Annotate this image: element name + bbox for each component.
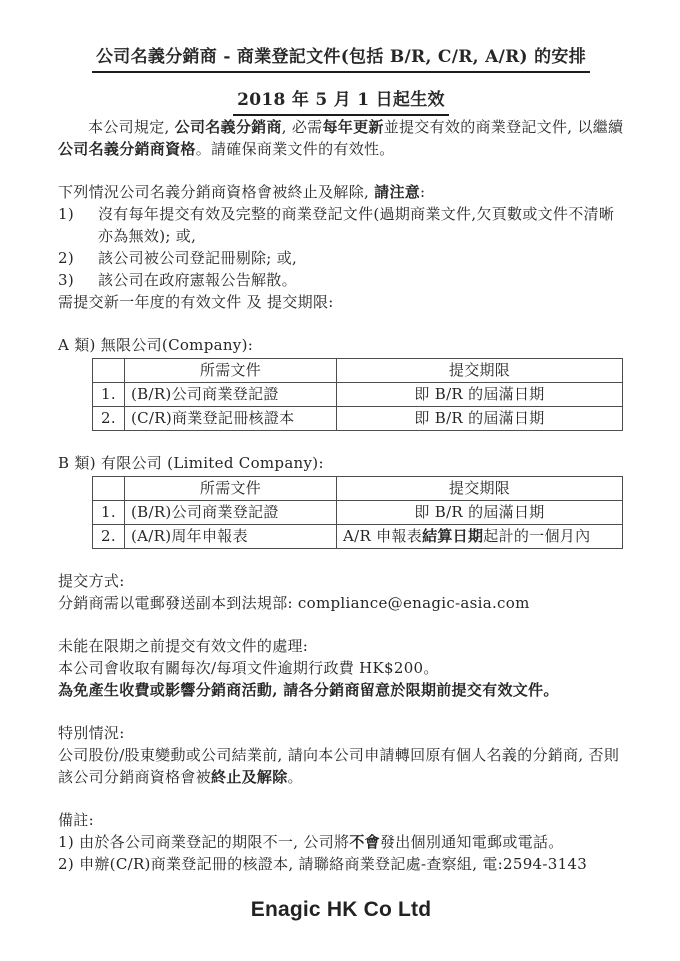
page-title-text: 公司名義分銷商 - 商業登記文件(包括 B/R, C/R, A/R) 的安排	[92, 46, 590, 73]
remark-2: 2) 申辦(C/R)商業登記冊的核證本, 請聯絡商業登記處-查察組, 電:259…	[58, 853, 624, 875]
item-text: 沒有每年提交有效及完整的商業登記文件(過期商業文件,欠頁數或文件不清晰亦為無效)…	[98, 203, 624, 247]
item-number: 2)	[58, 247, 98, 269]
header-empty	[93, 359, 125, 383]
termination-list: 1) 沒有每年提交有效及完整的商業登記文件(過期商業文件,欠頁數或文件不清晰亦為…	[58, 203, 624, 291]
remarks-section: 備註: 1) 由於各公司商業登記的期限不一, 公司將不會發出個別通知電郵或電話。…	[58, 809, 624, 875]
deadline-value: 即 B/R 的屆滿日期	[337, 501, 623, 525]
item-text: 該公司在政府憲報公告解散。	[98, 269, 624, 291]
deadline-value: A/R 申報表結算日期起計的一個月內	[337, 525, 623, 549]
special-cases-body: 公司股份/股東變動或公司結業前, 請向本公司申請轉回原有個人名義的分銷商, 否則…	[58, 744, 624, 788]
company-name-footer: Enagic HK Co Ltd	[58, 899, 624, 921]
table-b-caption: B 類) 有限公司 (Limited Company):	[58, 452, 624, 474]
table-row: 2. (A/R)周年申報表 A/R 申報表結算日期起計的一個月內	[93, 525, 623, 549]
header-deadline: 提交期限	[337, 359, 623, 383]
late-warning-line: 為免產生收費或影響分銷商活動, 請各分銷商留意於限期前提交有效文件。	[58, 679, 624, 701]
special-cases-section: 特別情況: 公司股份/股東變動或公司結業前, 請向本公司申請轉回原有個人名義的分…	[58, 722, 624, 788]
table-row: 1. (B/R)公司商業登記證 即 B/R 的屆滿日期	[93, 501, 623, 525]
termination-item-3: 3) 該公司在政府憲報公告解散。	[58, 269, 624, 291]
remark-number: 2)	[58, 855, 79, 873]
special-cases-heading: 特別情況:	[58, 722, 624, 744]
unlimited-company-table: 所需文件 提交期限 1. (B/R)公司商業登記證 即 B/R 的屆滿日期 2.…	[92, 358, 623, 431]
header-deadline: 提交期限	[337, 477, 623, 501]
remark-number: 1)	[58, 833, 79, 851]
late-submission-section: 未能在限期之前提交有效文件的處理: 本公司會收取有關每次/每項文件逾期行政費 H…	[58, 635, 624, 701]
late-submission-heading: 未能在限期之前提交有效文件的處理:	[58, 635, 624, 657]
submission-method-heading: 提交方式:	[58, 570, 624, 592]
table-header-row: 所需文件 提交期限	[93, 477, 623, 501]
document-name: (C/R)商業登記冊核證本	[125, 407, 337, 431]
table-a-section: A 類) 無限公司(Company): 所需文件 提交期限 1. (B/R)公司…	[58, 334, 624, 431]
item-text: 該公司被公司登記冊剔除; 或,	[98, 247, 624, 269]
deadline-value: 即 B/R 的屆滿日期	[337, 383, 623, 407]
termination-section: 下列情況公司名義分銷商資格會被終止及解除, 請注意: 1) 沒有每年提交有效及完…	[58, 181, 624, 291]
item-number: 1)	[58, 203, 98, 247]
document-name: (B/R)公司商業登記證	[125, 383, 337, 407]
document-name: (B/R)公司商業登記證	[125, 501, 337, 525]
submission-heading: 需提交新一年度的有效文件 及 提交期限:	[58, 291, 624, 313]
submission-method-email-line: 分銷商需以電郵發送副本到法規部: compliance@enagic-asia.…	[58, 592, 624, 614]
table-b-section: B 類) 有限公司 (Limited Company): 所需文件 提交期限 1…	[58, 452, 624, 549]
deadline-value: 即 B/R 的屆滿日期	[337, 407, 623, 431]
remark-1: 1) 由於各公司商業登記的期限不一, 公司將不會發出個別通知電郵或電話。	[58, 831, 624, 853]
effective-date-text: 2018 年 5 月 1 日起生效	[233, 89, 449, 116]
document-page: 公司名義分銷商 - 商業登記文件(包括 B/R, C/R, A/R) 的安排 2…	[0, 0, 680, 961]
page-title: 公司名義分銷商 - 商業登記文件(包括 B/R, C/R, A/R) 的安排	[58, 46, 624, 73]
termination-item-2: 2) 該公司被公司登記冊剔除; 或,	[58, 247, 624, 269]
header-required-documents: 所需文件	[125, 359, 337, 383]
termination-lead: 下列情況公司名義分銷商資格會被終止及解除, 請注意:	[58, 181, 624, 203]
header-required-documents: 所需文件	[125, 477, 337, 501]
table-row: 2. (C/R)商業登記冊核證本 即 B/R 的屆滿日期	[93, 407, 623, 431]
table-a-caption: A 類) 無限公司(Company):	[58, 334, 624, 356]
submission-method-section: 提交方式: 分銷商需以電郵發送副本到法規部: compliance@enagic…	[58, 570, 624, 614]
document-name: (A/R)周年申報表	[125, 525, 337, 549]
remarks-heading: 備註:	[58, 809, 624, 831]
intro-paragraph: 本公司規定, 公司名義分銷商, 必需每年更新並提交有效的商業登記文件, 以繼續公…	[58, 116, 624, 160]
row-number: 2.	[93, 407, 125, 431]
row-number: 1.	[93, 501, 125, 525]
termination-item-1: 1) 沒有每年提交有效及完整的商業登記文件(過期商業文件,欠頁數或文件不清晰亦為…	[58, 203, 624, 247]
header-empty	[93, 477, 125, 501]
row-number: 2.	[93, 525, 125, 549]
table-header-row: 所需文件 提交期限	[93, 359, 623, 383]
item-number: 3)	[58, 269, 98, 291]
row-number: 1.	[93, 383, 125, 407]
late-fee-line: 本公司會收取有關每次/每項文件逾期行政費 HK$200。	[58, 657, 624, 679]
table-row: 1. (B/R)公司商業登記證 即 B/R 的屆滿日期	[93, 383, 623, 407]
limited-company-table: 所需文件 提交期限 1. (B/R)公司商業登記證 即 B/R 的屆滿日期 2.…	[92, 476, 623, 549]
effective-date-heading: 2018 年 5 月 1 日起生效	[58, 89, 624, 116]
